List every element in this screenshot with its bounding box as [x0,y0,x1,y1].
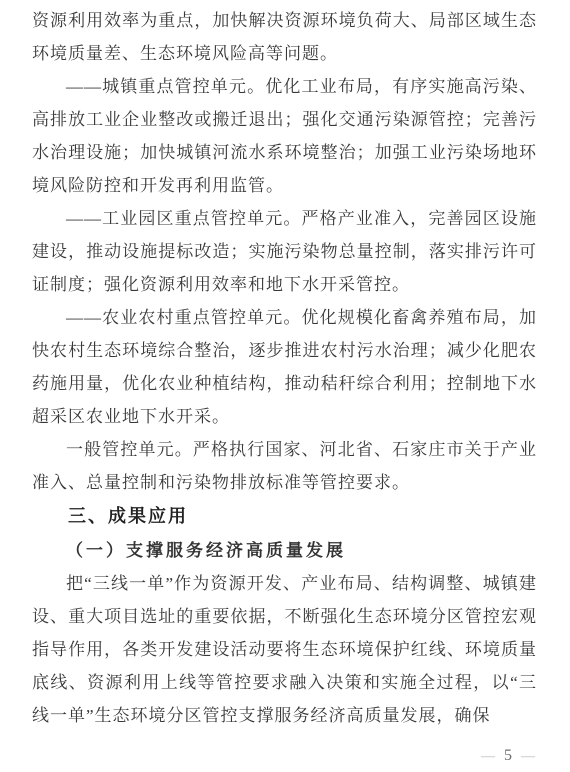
document-page: 资源利用效率为重点，加快解决资源环境负荷大、局部区域生态环境质量差、生态环境风险… [0,0,570,772]
subsection-heading-support-economy: （一）支撑服务经济高质量发展 [32,534,537,567]
paragraph-continuation: 资源利用效率为重点，加快解决资源环境负荷大、局部区域生态环境质量差、生态环境风险… [32,4,537,70]
footer-right-dash: — [521,749,535,764]
section-heading-results-application: 三、成果应用 [32,499,537,534]
paragraph-industrial-park-key-control-unit: ——工业园区重点管控单元。严格产业准入，完善园区设施建设，推动设施提标改造；实施… [32,202,537,301]
paragraph-urban-key-control-unit: ——城镇重点管控单元。优化工业布局，有序实施高污染、高排放工业企业整改或搬迁退出… [32,70,537,202]
paragraph-application-support-development: 把“三线一单”作为资源开发、产业布局、结构调整、城镇建设、重大项目选址的重要依据… [32,567,537,732]
paragraph-general-control-unit: 一般管控单元。严格执行国家、河北省、石家庄市关于产业准入、总量控制和污染物排放标… [32,433,537,499]
footer-left-dash: — [481,749,495,764]
paragraph-agriculture-rural-key-control-unit: ——农业农村重点管控单元。优化规模化畜禽养殖布局，加快农村生态环境综合整治，逐步… [32,301,537,433]
page-footer: —5— [472,746,544,767]
document-body: 资源利用效率为重点，加快解决资源环境负荷大、局部区域生态环境质量差、生态环境风险… [0,0,570,732]
page-number: 5 [504,747,512,764]
